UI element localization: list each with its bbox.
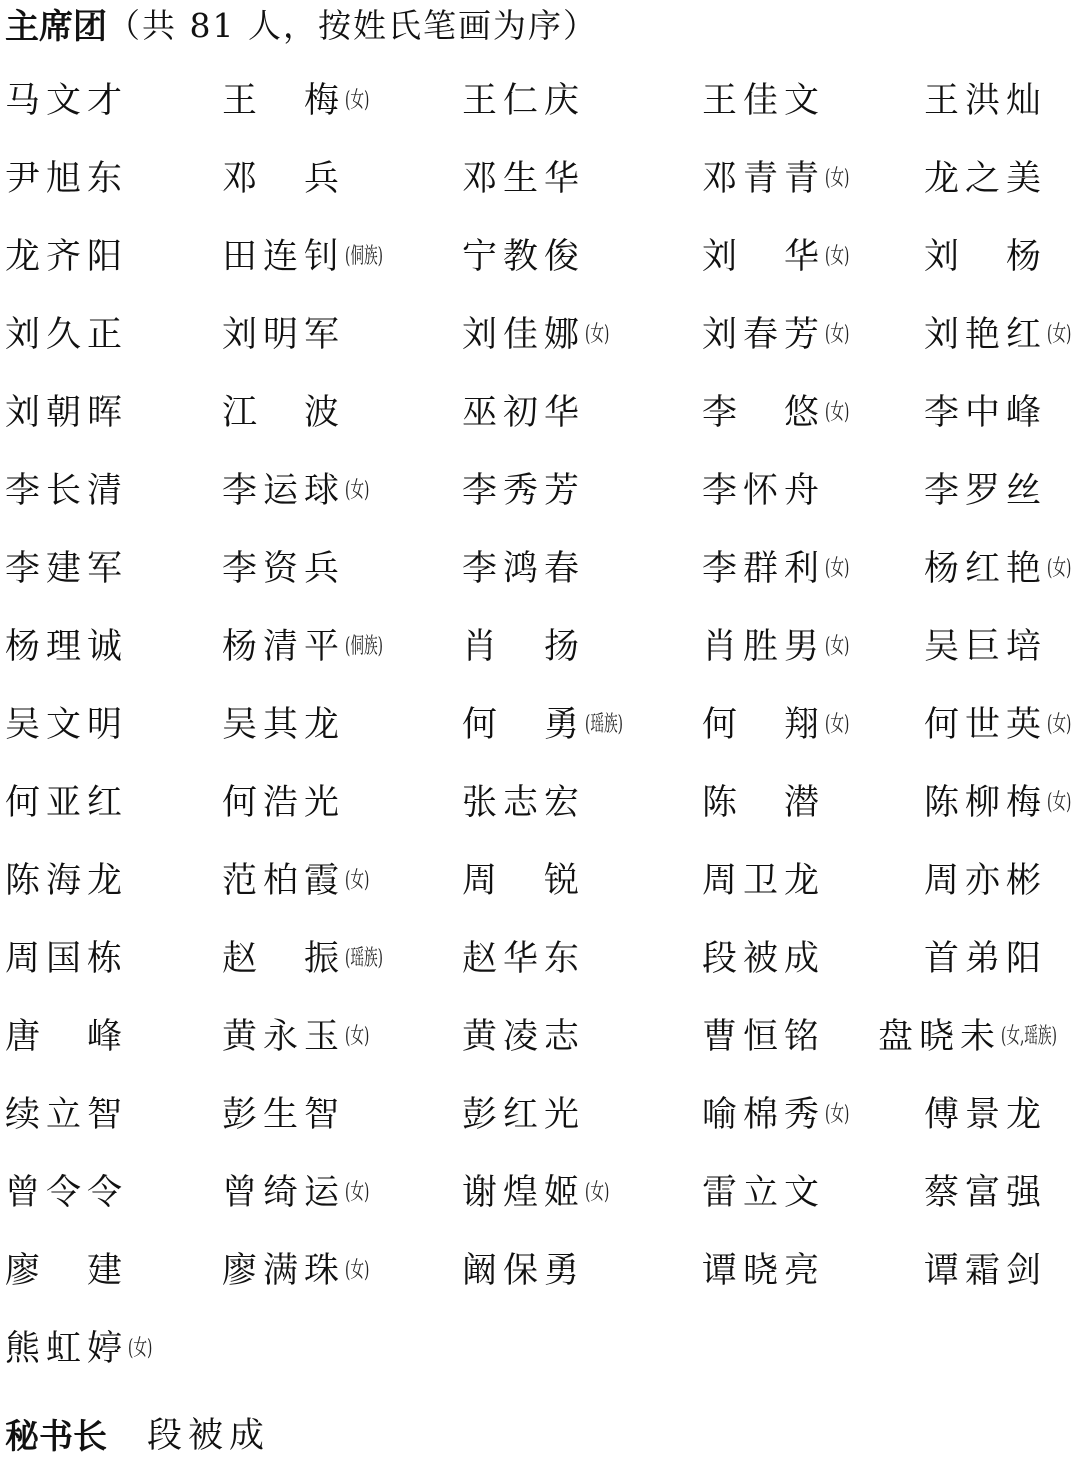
member-name: 刘艳红 (924, 307, 1047, 357)
member-name: 何浩光 (222, 775, 345, 825)
name-row: 续立智彭生智彭红光喻棉秀(女)傅景龙 (0, 1084, 1080, 1140)
member-name: 刘 华 (702, 229, 825, 279)
member-entry: 廖满珠(女) (222, 1240, 384, 1296)
member-entry: 赵 振(瑶族) (222, 928, 406, 984)
member-entry: 马文才 (5, 70, 128, 126)
member-name: 何亚红 (5, 775, 128, 825)
name-row: 杨理诚杨清平(侗族)肖 扬肖胜男(女)吴巨培 (0, 616, 1080, 672)
member-entry: 宁教俊 (462, 226, 585, 282)
member-name: 唐 峰 (5, 1009, 128, 1059)
name-row: 曾令令曾绮运(女)谢煌姬(女)雷立文蔡富强 (0, 1162, 1080, 1218)
member-entry: 巫初华 (462, 382, 585, 438)
member-annotation: (女) (825, 239, 849, 270)
member-name: 傅景龙 (924, 1087, 1047, 1137)
name-row: 唐 峰黄永玉(女)黄凌志曹恒铭盘晓未(女,瑶族) (0, 1006, 1080, 1062)
member-entry: 田连钊(侗族) (222, 226, 406, 282)
member-name: 谭霜剑 (924, 1243, 1047, 1293)
name-row: 陈海龙范柏霞(女)周 锐周卫龙周亦彬 (0, 850, 1080, 906)
member-name: 盘晓未 (878, 1009, 1001, 1059)
member-entry: 谭霜剑 (924, 1240, 1047, 1296)
member-annotation: (女) (128, 1331, 152, 1362)
member-entry: 段被成 (702, 928, 825, 984)
member-name: 赵华东 (462, 931, 585, 981)
member-entry: 蔡富强 (924, 1162, 1047, 1218)
member-name: 雷立文 (702, 1165, 825, 1215)
member-entry: 王 梅(女) (222, 70, 384, 126)
member-name: 刘春芳 (702, 307, 825, 357)
member-annotation: (瑶族) (585, 707, 623, 738)
member-entry: 谢煌姬(女) (462, 1162, 624, 1218)
name-row: 刘朝晖江 波巫初华李 悠(女)李中峰 (0, 382, 1080, 438)
member-name: 刘明军 (222, 307, 345, 357)
member-entry: 周国栋 (5, 928, 128, 984)
member-entry: 尹旭东 (5, 148, 128, 204)
member-entry: 王仁庆 (462, 70, 585, 126)
member-annotation: (女) (1047, 551, 1071, 582)
presidium-title: 主席团 (5, 0, 107, 48)
member-entry: 刘久正 (5, 304, 128, 360)
member-name: 李运球 (222, 463, 345, 513)
member-entry: 邓 兵 (222, 148, 345, 204)
member-name: 谭晓亮 (702, 1243, 825, 1293)
member-name: 李群利 (702, 541, 825, 591)
member-name: 马文才 (5, 73, 128, 123)
member-annotation: (女,瑶族) (1001, 1019, 1057, 1050)
member-name: 周卫龙 (702, 853, 825, 903)
member-entry: 傅景龙 (924, 1084, 1047, 1140)
member-entry: 王佳文 (702, 70, 825, 126)
name-row: 马文才王 梅(女)王仁庆王佳文王洪灿 (0, 70, 1080, 126)
member-name: 何世英 (924, 697, 1047, 747)
member-entry: 刘明军 (222, 304, 345, 360)
member-entry: 范柏霞(女) (222, 850, 384, 906)
member-annotation: (瑶族) (345, 941, 383, 972)
member-entry: 刘 杨 (924, 226, 1047, 282)
member-entry: 刘春芳(女) (702, 304, 864, 360)
member-annotation: (女) (585, 317, 609, 348)
member-entry: 杨理诚 (5, 616, 128, 672)
member-entry: 杨红艳(女) (924, 538, 1080, 594)
member-entry: 喻棉秀(女) (702, 1084, 864, 1140)
member-entry: 何 翔(女) (702, 694, 864, 750)
member-name: 李怀舟 (702, 463, 825, 513)
member-entry: 何世英(女) (924, 694, 1080, 750)
member-name: 吴其龙 (222, 697, 345, 747)
member-entry: 肖胜男(女) (702, 616, 864, 672)
member-name: 邓 兵 (222, 151, 345, 201)
member-entry: 谭晓亮 (702, 1240, 825, 1296)
member-annotation: (女) (825, 395, 849, 426)
member-name: 张志宏 (462, 775, 585, 825)
member-entry: 李怀舟 (702, 460, 825, 516)
name-row: 李长清李运球(女)李秀芳李怀舟李罗丝 (0, 460, 1080, 516)
name-row: 龙齐阳田连钊(侗族)宁教俊刘 华(女)刘 杨 (0, 226, 1080, 282)
member-annotation: (女) (345, 863, 369, 894)
member-annotation: (女) (585, 1175, 609, 1206)
member-entry: 李运球(女) (222, 460, 384, 516)
member-entry: 李建军 (5, 538, 128, 594)
member-name: 李秀芳 (462, 463, 585, 513)
member-name: 刘朝晖 (5, 385, 128, 435)
member-annotation: (侗族) (345, 239, 383, 270)
section-heading: 主席团 （共 81 人，按姓氏笔画为序） (5, 0, 598, 46)
member-annotation: (女) (825, 629, 849, 660)
member-name: 李 悠 (702, 385, 825, 435)
member-name: 宁教俊 (462, 229, 585, 279)
member-name: 李鸿春 (462, 541, 585, 591)
secretary-general-line: 秘书长 段被成 (5, 1405, 270, 1461)
member-name: 何 翔 (702, 697, 825, 747)
member-name: 续立智 (5, 1087, 128, 1137)
member-name: 杨理诚 (5, 619, 128, 669)
member-name: 尹旭东 (5, 151, 128, 201)
member-name: 李资兵 (222, 541, 345, 591)
member-entry: 雷立文 (702, 1162, 825, 1218)
member-name: 龙齐阳 (5, 229, 128, 279)
member-entry: 首弟阳 (924, 928, 1047, 984)
member-entry: 何 勇(瑶族) (462, 694, 646, 750)
member-name: 杨红艳 (924, 541, 1047, 591)
member-entry: 盘晓未(女,瑶族) (878, 1006, 1080, 1062)
member-entry: 吴其龙 (222, 694, 345, 750)
member-name: 肖 扬 (462, 619, 585, 669)
member-name: 廖满珠 (222, 1243, 345, 1293)
member-name: 喻棉秀 (702, 1087, 825, 1137)
presidium-count-note: （共 81 人，按姓氏笔画为序） (107, 0, 598, 47)
member-entry: 王洪灿 (924, 70, 1047, 126)
member-annotation: (女) (345, 1019, 369, 1050)
member-entry: 周 锐 (462, 850, 585, 906)
member-annotation: (女) (825, 707, 849, 738)
member-name: 李长清 (5, 463, 128, 513)
member-entry: 黄永玉(女) (222, 1006, 384, 1062)
member-name: 首弟阳 (924, 931, 1047, 981)
member-entry: 黄凌志 (462, 1006, 585, 1062)
member-entry: 续立智 (5, 1084, 128, 1140)
member-entry: 何浩光 (222, 772, 345, 828)
member-name: 陈柳梅 (924, 775, 1047, 825)
name-row: 刘久正刘明军刘佳娜(女)刘春芳(女)刘艳红(女) (0, 304, 1080, 360)
member-entry: 李群利(女) (702, 538, 864, 594)
member-name: 周国栋 (5, 931, 128, 981)
member-entry: 邓生华 (462, 148, 585, 204)
member-name: 吴巨培 (924, 619, 1047, 669)
member-entry: 廖 建 (5, 1240, 128, 1296)
member-entry: 肖 扬 (462, 616, 585, 672)
member-entry: 刘佳娜(女) (462, 304, 624, 360)
member-name: 谢煌姬 (462, 1165, 585, 1215)
member-name: 李建军 (5, 541, 128, 591)
member-name: 彭红光 (462, 1087, 585, 1137)
member-annotation: (女) (345, 473, 369, 504)
member-name: 赵 振 (222, 931, 345, 981)
member-entry: 陈 潜 (702, 772, 825, 828)
member-entry: 李中峰 (924, 382, 1047, 438)
member-name: 陈 潜 (702, 775, 825, 825)
member-entry: 彭红光 (462, 1084, 585, 1140)
member-name: 龙之美 (924, 151, 1047, 201)
secretary-general-name: 段被成 (147, 1408, 270, 1458)
member-name: 彭生智 (222, 1087, 345, 1137)
member-entry: 吴巨培 (924, 616, 1047, 672)
member-name: 黄凌志 (462, 1009, 585, 1059)
member-annotation: (女) (1047, 707, 1071, 738)
member-entry: 陈柳梅(女) (924, 772, 1080, 828)
member-entry: 龙之美 (924, 148, 1047, 204)
member-entry: 陈海龙 (5, 850, 128, 906)
name-row: 周国栋赵 振(瑶族)赵华东段被成首弟阳 (0, 928, 1080, 984)
member-entry: 阚保勇 (462, 1240, 585, 1296)
member-entry: 江 波 (222, 382, 345, 438)
member-entry: 李鸿春 (462, 538, 585, 594)
member-entry: 李罗丝 (924, 460, 1047, 516)
secretary-general-label: 秘书长 (5, 1409, 107, 1458)
member-name: 江 波 (222, 385, 345, 435)
member-name: 周 锐 (462, 853, 585, 903)
member-name: 吴文明 (5, 697, 128, 747)
member-name: 曾绮运 (222, 1165, 345, 1215)
member-entry: 彭生智 (222, 1084, 345, 1140)
name-row: 廖 建廖满珠(女)阚保勇谭晓亮谭霜剑 (0, 1240, 1080, 1296)
member-name: 王 梅 (222, 73, 345, 123)
name-row: 尹旭东邓 兵邓生华邓青青(女)龙之美 (0, 148, 1080, 204)
member-name: 王仁庆 (462, 73, 585, 123)
member-entry: 曹恒铭 (702, 1006, 825, 1062)
member-name: 段被成 (702, 931, 825, 981)
member-annotation: (女) (825, 161, 849, 192)
member-name: 邓生华 (462, 151, 585, 201)
member-name: 刘 杨 (924, 229, 1047, 279)
member-annotation: (侗族) (345, 629, 383, 660)
member-entry: 李 悠(女) (702, 382, 864, 438)
member-name: 肖胜男 (702, 619, 825, 669)
member-name: 王洪灿 (924, 73, 1047, 123)
member-entry: 曾绮运(女) (222, 1162, 384, 1218)
member-entry: 邓青青(女) (702, 148, 864, 204)
member-entry: 李长清 (5, 460, 128, 516)
member-entry: 李资兵 (222, 538, 345, 594)
name-row: 熊虹婷(女) (0, 1318, 1080, 1374)
member-name: 田连钊 (222, 229, 345, 279)
member-entry: 张志宏 (462, 772, 585, 828)
member-name: 阚保勇 (462, 1243, 585, 1293)
member-name: 曹恒铭 (702, 1009, 825, 1059)
member-name: 黄永玉 (222, 1009, 345, 1059)
member-name: 刘佳娜 (462, 307, 585, 357)
member-name: 曾令令 (5, 1165, 128, 1215)
member-annotation: (女) (825, 1097, 849, 1128)
member-entry: 唐 峰 (5, 1006, 128, 1062)
member-annotation: (女) (345, 1175, 369, 1206)
member-entry: 周卫龙 (702, 850, 825, 906)
member-entry: 刘朝晖 (5, 382, 128, 438)
member-name: 廖 建 (5, 1243, 128, 1293)
name-row: 李建军李资兵李鸿春李群利(女)杨红艳(女) (0, 538, 1080, 594)
member-entry: 赵华东 (462, 928, 585, 984)
member-entry: 刘 华(女) (702, 226, 864, 282)
member-name: 陈海龙 (5, 853, 128, 903)
member-annotation: (女) (345, 83, 369, 114)
member-name: 杨清平 (222, 619, 345, 669)
member-entry: 何亚红 (5, 772, 128, 828)
member-name: 周亦彬 (924, 853, 1047, 903)
member-entry: 杨清平(侗族) (222, 616, 406, 672)
member-annotation: (女) (1047, 785, 1071, 816)
member-entry: 李秀芳 (462, 460, 585, 516)
member-name: 王佳文 (702, 73, 825, 123)
member-annotation: (女) (825, 317, 849, 348)
member-entry: 曾令令 (5, 1162, 128, 1218)
member-entry: 刘艳红(女) (924, 304, 1080, 360)
member-name: 李罗丝 (924, 463, 1047, 513)
member-name: 蔡富强 (924, 1165, 1047, 1215)
member-name: 范柏霞 (222, 853, 345, 903)
member-entry: 熊虹婷(女) (5, 1318, 167, 1374)
member-annotation: (女) (1047, 317, 1071, 348)
name-row: 吴文明吴其龙何 勇(瑶族)何 翔(女)何世英(女) (0, 694, 1080, 750)
name-row: 何亚红何浩光张志宏陈 潜陈柳梅(女) (0, 772, 1080, 828)
member-annotation: (女) (345, 1253, 369, 1284)
member-annotation: (女) (825, 551, 849, 582)
member-name: 何 勇 (462, 697, 585, 747)
member-entry: 吴文明 (5, 694, 128, 750)
member-name: 刘久正 (5, 307, 128, 357)
member-name: 李中峰 (924, 385, 1047, 435)
member-name: 邓青青 (702, 151, 825, 201)
member-name: 熊虹婷 (5, 1321, 128, 1371)
member-entry: 周亦彬 (924, 850, 1047, 906)
member-name: 巫初华 (462, 385, 585, 435)
member-entry: 龙齐阳 (5, 226, 128, 282)
